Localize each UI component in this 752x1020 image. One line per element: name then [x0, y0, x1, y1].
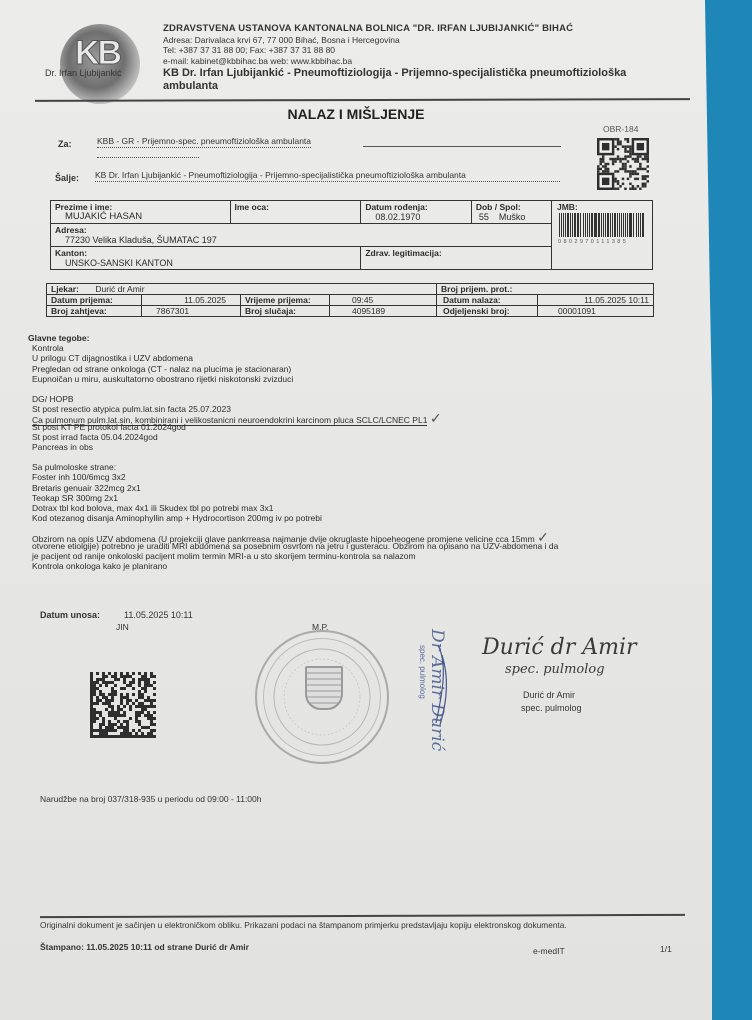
- za-continuation-line: [97, 157, 199, 158]
- dept-no-label: Odjeljenski broj:: [437, 306, 538, 317]
- logo-caption: Dr. Irfan Ljubijankić: [45, 68, 122, 78]
- system-name: e-medIT: [533, 946, 565, 956]
- footer-disclaimer: Originalni dokument je sačinjen u elektr…: [40, 920, 567, 930]
- canton-label: Kanton:: [55, 248, 356, 258]
- report-date-label: Datum nalaza:: [437, 295, 538, 306]
- jmb-box: JMB: 0802970111385: [551, 200, 653, 270]
- institution-phone: Tel: +387 37 31 88 00; Fax: +387 37 31 8…: [163, 45, 653, 56]
- doctor-value: Durić dr Amir: [95, 284, 144, 294]
- coat-of-arms-icon: [305, 666, 343, 710]
- therapy-line: Foster inh 100/6mcg 3x2: [32, 472, 688, 482]
- case-no-label: Broj slučaja:: [241, 306, 330, 317]
- doctor-label: Ljekar:: [51, 284, 79, 294]
- check-mark-icon: ✓: [430, 411, 442, 427]
- letterhead: ZDRAVSTVENA USTANOVA KANTONALNA BOLNICA …: [163, 24, 653, 93]
- health-id-cell: Zdrav. legitimacija:: [361, 247, 552, 270]
- doctor-title: spec. pulmolog: [521, 703, 582, 713]
- page-number: 1/1: [660, 944, 672, 954]
- footer-divider: [40, 914, 685, 918]
- initials: JIN: [116, 622, 129, 632]
- dob-cell: Datum rođenja: 08.02.1970: [361, 201, 472, 224]
- health-id-label: Zdrav. legitimacija:: [365, 248, 547, 258]
- diagnosis-line: Pancreas in obs: [32, 442, 688, 452]
- svg-text:spec. pulmolog: spec. pulmolog: [418, 645, 427, 699]
- address-value: 77230 Velika Kladuša, ŠUMATAC 197: [55, 235, 547, 245]
- therapy-list: Sa pulmoloske strane: Foster inh 100/6mc…: [28, 462, 688, 523]
- header-divider: [35, 98, 690, 101]
- therapy-line: Bretaris genuair 322mcg 2x1: [32, 483, 688, 493]
- printed-info: Štampano: 11.05.2025 10:11 od strane Dur…: [40, 942, 249, 952]
- institution-contact: e-mail: kabinet@kbbihac.ba web: www.kbbi…: [163, 56, 653, 67]
- age-value: 55: [479, 212, 489, 222]
- datamatrix-code-icon: [90, 672, 156, 738]
- dob-value: 08.02.1970: [365, 212, 467, 222]
- institution-name: ZDRAVSTVENA USTANOVA KANTONALNA BOLNICA …: [163, 24, 653, 35]
- address-cell: Adresa: 77230 Velika Kladuša, ŠUMATAC 19…: [51, 224, 552, 247]
- protocol-label: Broj prijem. prot.:: [441, 284, 512, 294]
- doctor-name: Durić dr Amir: [523, 690, 575, 700]
- request-no-label: Broj zahtjeva:: [47, 306, 142, 317]
- age-sex-label: Dob / Spol:: [476, 202, 547, 212]
- form-code: OBR-184: [603, 124, 638, 134]
- admission-date-value: 11.05.2025: [142, 295, 241, 306]
- za-value: KBB - GR - Prijemno-spec. pneumoftiziolo…: [97, 136, 311, 148]
- protocol-cell: Broj prijem. prot.:: [437, 284, 654, 295]
- father-name-label: Ime oca:: [235, 202, 357, 212]
- patient-name-cell: Prezime i ime: MUJAKIĆ HASAN: [51, 201, 231, 224]
- case-no-value: 4095189: [330, 306, 437, 317]
- salje-label: Šalje:: [55, 173, 79, 183]
- opinion-line: je pacijent od ranije onkoloski pacijent…: [32, 551, 672, 561]
- admission-date-label: Datum prijema:: [47, 295, 142, 306]
- ordering-note: Narudžbe na broj 037/318-935 u periodu o…: [40, 794, 261, 804]
- complaints-list: Kontrola U prilogu CT dijagnostika i UZV…: [28, 343, 688, 384]
- therapy-line: Dotrax tbl kod bolova, max 4x1 ili Skude…: [32, 503, 688, 513]
- za-underline: [363, 146, 561, 147]
- document-paper: KB Dr. Irfan Ljubijankić ZDRAVSTVENA UST…: [0, 0, 712, 1020]
- report-date-value: 11.05.2025 10:11: [538, 295, 654, 306]
- dept-no-value: 00001091: [538, 306, 654, 317]
- qr-code-icon: [597, 138, 649, 190]
- hospital-logo: KB Dr. Irfan Ljubijankić: [45, 22, 145, 104]
- complaint-line: Eupnoičan u miru, auskultatorno obostran…: [32, 374, 688, 384]
- therapy-line: Kod otezanog disanja Aminophyllin amp + …: [32, 513, 688, 523]
- complaint-line: U prilogu CT dijagnostika i UZV abdomena: [32, 353, 688, 363]
- address-label: Adresa:: [55, 225, 547, 235]
- opinion-line: Kontrola onkologa kako je planirano: [32, 561, 672, 571]
- diagnosis-list: DG/ HOPB St post resectio atypica pulm.l…: [28, 394, 688, 452]
- entry-date-value: 11.05.2025 10:11: [124, 610, 193, 620]
- findings-body: Glavne tegobe: Kontrola U prilogu CT dij…: [28, 333, 688, 571]
- dob-label: Datum rođenja:: [365, 202, 467, 212]
- department-name: KB Dr. Irfan Ljubijankić - Pneumoftiziol…: [163, 67, 653, 93]
- father-name-cell: Ime oca:: [230, 201, 361, 224]
- signature-script-title: spec. pulmolog: [505, 662, 605, 677]
- official-round-stamp: [255, 630, 389, 764]
- admission-time-label: Vrijeme prijema:: [241, 295, 330, 306]
- signature-script-name: Durić dr Amir: [482, 635, 637, 660]
- diagnosis-line: DG/ HOPB: [32, 394, 688, 404]
- institution-address: Adresa: Darivalaca krvi 67, 77 000 Bihać…: [163, 35, 653, 46]
- jmb-barcode-text: 0802970111385: [558, 239, 628, 245]
- document-title: NALAZ I MIŠLJENJE: [0, 106, 712, 122]
- age-sex-cell: Dob / Spol: 55 Muško: [471, 201, 551, 224]
- svg-text:Dr Amir Durić: Dr Amir Durić: [427, 628, 447, 752]
- admission-time-value: 09:45: [330, 295, 437, 306]
- patient-info-table: Prezime i ime: MUJAKIĆ HASAN Ime oca: Da…: [50, 200, 552, 270]
- jmb-label: JMB:: [557, 202, 578, 212]
- therapy-line: Teokap SR 300mg 2x1: [32, 493, 688, 503]
- salje-value: KB Dr. Irfan Ljubijankić - Pneumoftiziol…: [95, 170, 560, 182]
- complaint-line: Kontrola: [32, 343, 688, 353]
- opinion-line: otvorene etiolgije) potrebno je uraditi …: [32, 541, 672, 551]
- doctor-vertical-stamp: Dr Amir Durić spec. pulmolog: [418, 625, 488, 755]
- therapy-line: Sa pulmoloske strane:: [32, 462, 688, 472]
- patient-name: MUJAKIĆ HASAN: [55, 212, 226, 222]
- visit-info-table: Ljekar: Durić dr Amir Broj prijem. prot.…: [46, 283, 654, 317]
- diagnosis-line: St post irrad facta 05.04.2024god: [32, 432, 688, 442]
- canton-value: UNSKO-SANSKI KANTON: [55, 258, 356, 268]
- opinion-paragraph: Obzirom na opis UZV abdomena (U projekci…: [28, 533, 672, 571]
- za-label: Za:: [58, 139, 72, 149]
- entry-date-label: Datum unosa:: [40, 610, 100, 620]
- complaints-heading: Glavne tegobe:: [28, 333, 688, 343]
- canton-cell: Kanton: UNSKO-SANSKI KANTON: [51, 247, 361, 270]
- sex-value: Muško: [499, 212, 526, 222]
- complaint-line: Pregledan od strane onkologa (CT - nalaz…: [32, 364, 688, 374]
- doctor-cell: Ljekar: Durić dr Amir: [47, 284, 437, 295]
- jmb-barcode-icon: [559, 213, 645, 237]
- request-no-value: 7867301: [142, 306, 241, 317]
- diagnosis-line: St post resectio atypica pulm.lat.sin fa…: [32, 404, 688, 414]
